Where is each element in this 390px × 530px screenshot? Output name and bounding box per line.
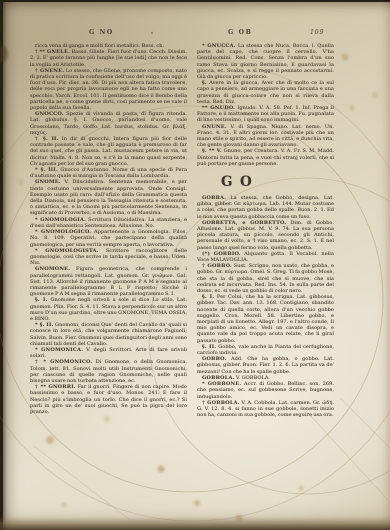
dictionary-entry: † GNENE. Lo stesso, che Gliene, pronome …: [30, 68, 187, 111]
dictionary-entry: † ** GNELE. Basso. Gliele. Fieri fuor d'…: [30, 49, 187, 68]
go-entries-block: GOBBA. La stessa, che Gobbo, designa. La…: [197, 195, 334, 425]
page-bottom-edge: [0, 517, 390, 530]
dictionary-entry: GNOME. V. Dilucidativa. Sentenza memorab…: [30, 179, 187, 216]
dictionary-entry: GOBBETTA, e GOBBETTO. Dim. di Gobbo. All…: [197, 220, 334, 251]
running-head-left: G NO: [89, 29, 114, 36]
entry-headword: GNOME.: [35, 179, 61, 185]
dictionary-entry: * GNOMONICA. V. degli Scrittori. Arte di…: [30, 347, 187, 359]
gn-entries-block: * GNUCCA. La stessa che Nuca. Bocca. l. …: [197, 43, 334, 167]
dictionary-entry: † §. II. In dir di gnocchi, Intera figur…: [30, 136, 187, 167]
dictionary-entry: (*) GOBBIO. Alquanto gotta. Il Vocabol. …: [197, 251, 334, 263]
entry-text: Lo stesso, che Gliene, pronome composto,…: [30, 68, 187, 111]
printed-text-layer: G NO G OB 109 ricca vena di ganga e molt…: [0, 0, 390, 530]
entry-headword: † GOBBOLA.: [202, 400, 240, 406]
dictionary-entry: GNUNE. V. di Spagna. Niuno. Lat. nemo. U…: [197, 124, 334, 149]
dictionary-entry: † GOBBO. Sust. Scrigno, non usato, che g…: [197, 263, 334, 294]
entry-headword: §. I.: [35, 297, 48, 303]
dictionary-entry: ** GNUDO. Ignudo. V. A. 58. Pef. 1. Inf.…: [197, 105, 334, 124]
entry-text: V. Dilucidativa. Sentenza memorabile, e …: [30, 179, 187, 216]
entry-text: Gnomone negli orivoli a sole si dice Lo …: [30, 297, 187, 322]
dictionary-entry: §. II. Gobbo, vale anche la Pianta del c…: [197, 344, 334, 356]
entry-headword: §. ** V.: [202, 148, 222, 154]
entry-headword: * GNOMOLOGISTA.: [35, 248, 99, 254]
right-column: * GNUCCA. La stessa che Nuca. Bocca. l. …: [197, 43, 334, 425]
left-column: ricca vena di ganga e molti fiori metall…: [30, 43, 187, 415]
dictionary-entry: §. I. Per Colui, che ha la scrigna. Lat.…: [197, 294, 334, 344]
entry-text: Per Colui, che ha la scrigna. Lat. gibbo…: [197, 294, 334, 343]
section-heading-go: G O: [197, 175, 334, 189]
running-head-right: G OB: [228, 29, 252, 36]
dictionary-entry: GOBBO. Add. Che ha gobba, o gobbo. Lat. …: [197, 356, 334, 375]
dictionary-entry: * GNOMOLOGICO. Appartenente a Gnomologia…: [30, 229, 187, 248]
entry-headword: GOBBETTA, e GOBBETTO.: [202, 220, 286, 226]
folio-number: 109: [310, 29, 324, 36]
entry-headword: §. II.: [202, 344, 216, 350]
dictionary-entry: * GNUCCA. La stessa che Nuca. Bocca. l. …: [197, 43, 334, 80]
entry-headword: GNOMONE.: [35, 266, 70, 272]
dictionary-entry: GOBBA. La stessa, che Gobbo, designa. La…: [197, 195, 334, 220]
dictionary-entry: §. Avere in la giucca, Aver che di molto…: [197, 80, 334, 105]
entry-text: Gobbo, vale anche la Pianta del cerfugli…: [197, 344, 334, 356]
entry-headword: (*) GOBBIO.: [202, 251, 241, 257]
dictionary-entry: † ** GNORRI. Far il gnorri. Fingere di n…: [30, 384, 187, 415]
dictionary-entry: * §. III. Gnocco d'Autunno. Nome di una …: [30, 167, 187, 179]
dictionary-entry: GNOMONE. Figura geometrica, che comprend…: [30, 266, 187, 297]
dictionary-entry: * §. II. Gnomoni, diconsi Que' denti del…: [30, 322, 187, 347]
entry-text: Avere in la giucca, Aver che di molto ce…: [197, 80, 334, 105]
dictionary-entry: * GNOMOLOGIA. Scrittura Dilucidativa. La…: [30, 217, 187, 229]
entry-text: Gnomoni, diconsi Que' denti del Cavallo …: [30, 322, 187, 347]
entry-headword: * GNOMOLOGIA.: [35, 217, 86, 223]
entry-headword: † * GNOMONICO.: [35, 359, 92, 365]
scanned-book-page: G NO G OB 109 ricca vena di ganga e molt…: [0, 0, 390, 530]
dictionary-entry: * GNOMOLOGISTA. Scrittore raccoglitore d…: [30, 248, 187, 267]
entry-text: V. GOBBOLA.: [236, 375, 270, 381]
entry-headword: GOBBOLA.: [202, 375, 235, 381]
entry-headword: † GNENE.: [35, 68, 64, 74]
page-left-edge: [0, 0, 7, 530]
dictionary-entry: † GOBBOLA. V. A. Cobbola. Lat. carmen. G…: [197, 400, 334, 419]
dictionary-entry: † * GNOMONICO. Di Gnomone, o della Gnomo…: [30, 359, 187, 384]
entry-text: La stessa che Nuca. Bocca. l. Quella par…: [197, 43, 334, 80]
dictionary-entry: * GOBBONE. Accr. di Gobbo. Bellinc. son.…: [197, 381, 334, 400]
dictionary-entry: §. I. Gnomone negli orivoli a sole si di…: [30, 297, 187, 322]
dictionary-entry: GNOCCO. Spezie di vivanda di pasta, di f…: [30, 111, 187, 136]
dictionary-entry: §. ** V. Gnuno, per Creatura. V. A. Fr. …: [197, 148, 334, 167]
entry-headword: GNUNE.: [202, 124, 227, 130]
